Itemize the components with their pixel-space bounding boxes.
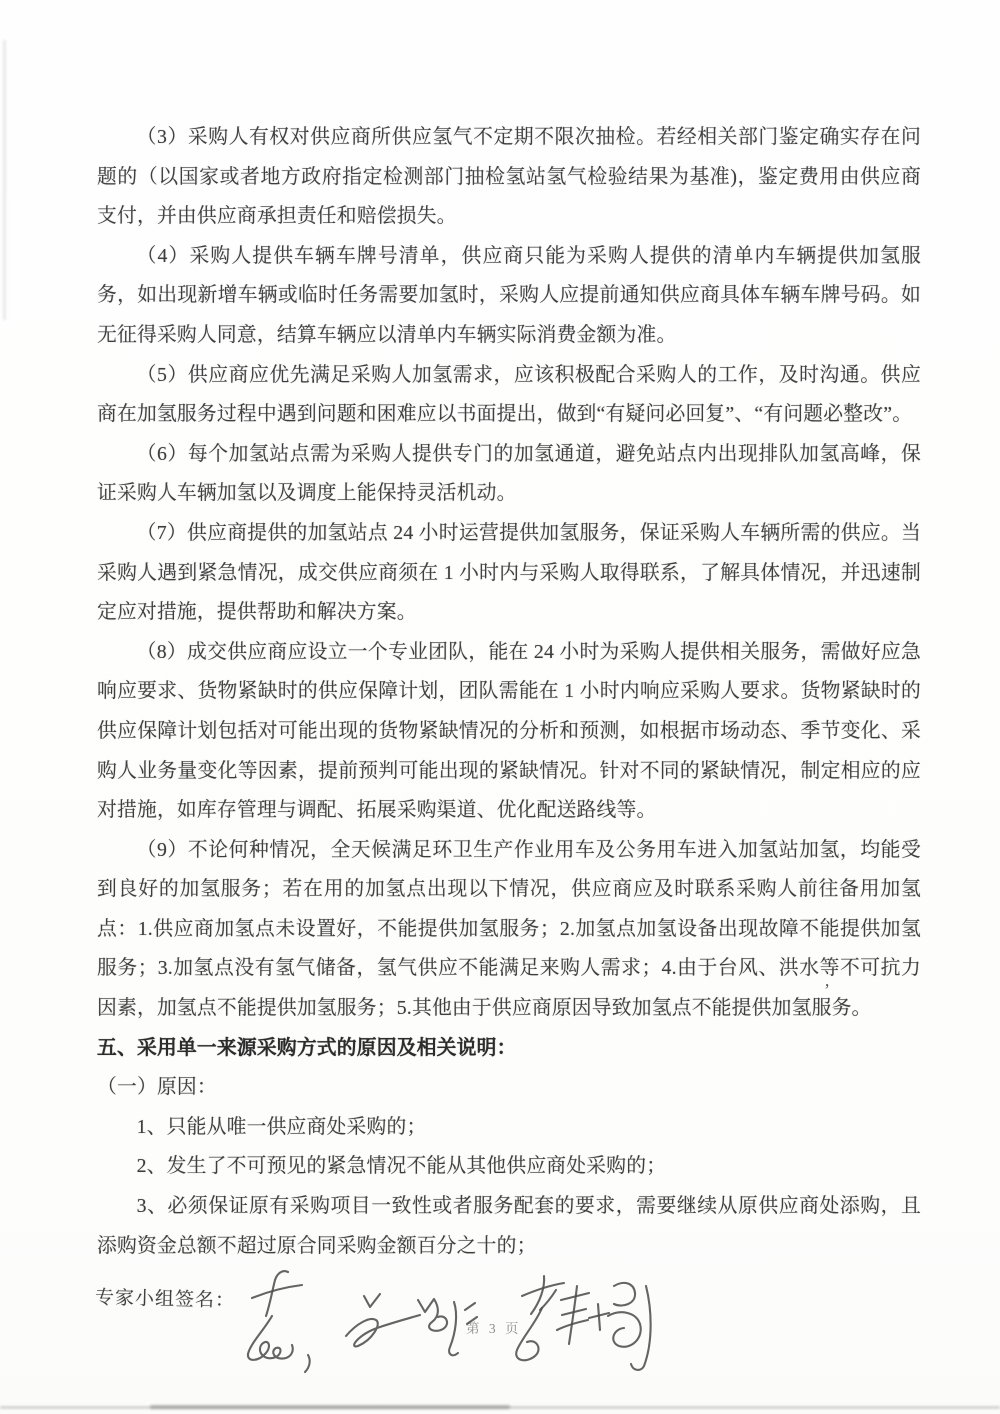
signature-2 xyxy=(346,1294,477,1355)
document-page: （3）采购人有权对供应商所供应氢气不定期不限次抽检。若经相关部门鉴定确实存在问题… xyxy=(0,0,1000,1414)
clause-6: （6）每个加氢站点需为采购人提供专门的加氢通道，避免站点内出现排队加氢高峰，保证… xyxy=(97,435,921,514)
scan-bottom-edge-dark-segment xyxy=(150,1405,510,1409)
clause-7: （7）供应商提供的加氢站点 24 小时运营提供加氢服务，保证采购人车辆所需的供应… xyxy=(97,514,921,633)
clause-8: （8）成交供应商应设立一个专业团队，能在 24 小时为采购人提供相关服务，需做好… xyxy=(97,633,921,831)
signature-1 xyxy=(248,1271,310,1372)
reason-item-2: 2、发生了不可预见的紧急情况不能从其他供应商处采购的； xyxy=(97,1147,921,1187)
stray-ink-mark: ʼ xyxy=(824,980,830,1001)
clause-4: （4）采购人提供车辆车牌号清单，供应商只能为采购人提供的清单内车辆提供加氢服务，… xyxy=(97,237,921,356)
document-body: （3）采购人有权对供应商所供应氢气不定期不限次抽检。若经相关部门鉴定确实存在问题… xyxy=(97,118,921,1266)
scan-left-smudge xyxy=(3,40,6,320)
clause-5: （5）供应商应优先满足采购人加氢需求，应该积极配合采购人的工作，及时沟通。供应商… xyxy=(97,356,921,435)
clause-3: （3）采购人有权对供应商所供应氢气不定期不限次抽检。若经相关部门鉴定确实存在问题… xyxy=(97,118,921,237)
clause-9: （9）不论何种情况，全天候满足环卫生产作业用车及公务用车进入加氢站加氢，均能受到… xyxy=(97,831,921,1029)
signature-3 xyxy=(516,1276,650,1370)
signature-label: 专家小组签名： xyxy=(95,1282,236,1312)
section-heading: 五、采用单一来源采购方式的原因及相关说明： xyxy=(97,1029,921,1069)
subsection-heading: （一）原因： xyxy=(97,1068,921,1108)
expert-signatures xyxy=(222,1252,662,1382)
reason-item-1: 1、只能从唯一供应商处采购的； xyxy=(97,1108,921,1148)
